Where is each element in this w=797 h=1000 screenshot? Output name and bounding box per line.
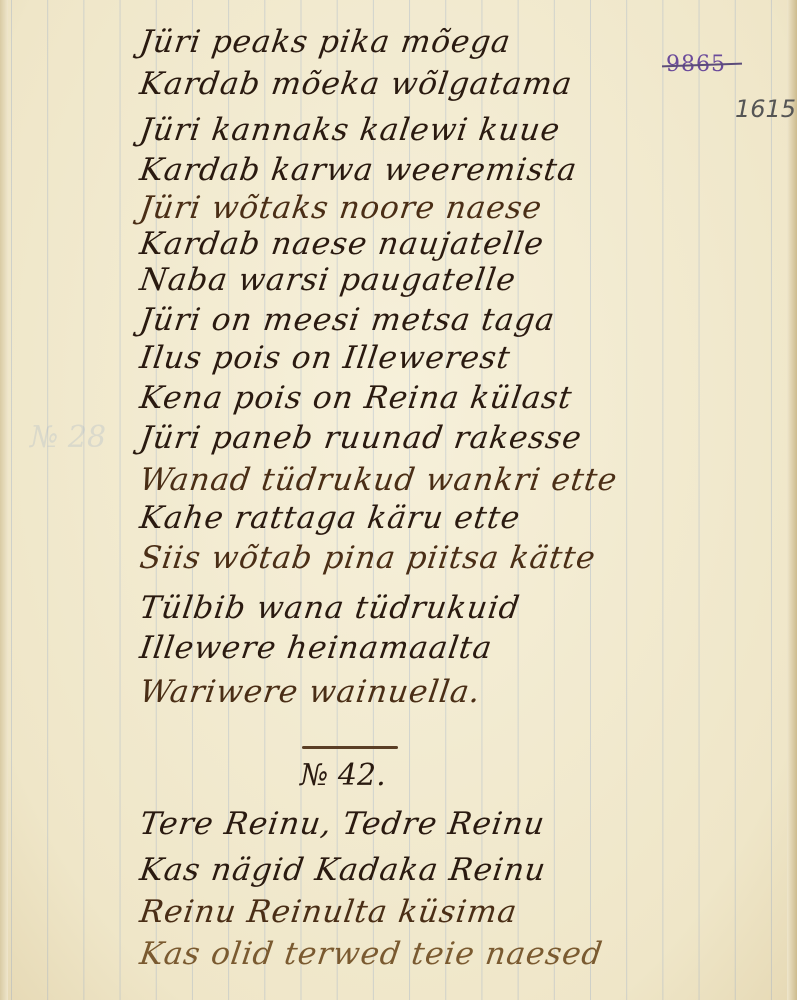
poem-line: Jüri on meesi metsa taga — [137, 302, 557, 338]
poem-line: Illewere heinamaalta — [137, 630, 494, 666]
page-left-edge — [0, 0, 8, 1000]
poem-line: Kardab naese naujatelle — [137, 226, 546, 262]
poem-line: Siis wõtab pina piitsa kätte — [137, 540, 598, 576]
poem-line: Kahe rattaga käru ette — [137, 500, 522, 536]
poem-line: Jüri kannaks kalewi kuue — [137, 112, 562, 148]
page-right-edge — [787, 0, 797, 1000]
section-heading: № 42. — [300, 758, 386, 793]
poem-line: Kardab karwa weeremista — [137, 152, 579, 188]
poem-line: Jüri wõtaks noore naese — [137, 190, 544, 226]
poem-line: Kas olid terwed teie naesed — [137, 936, 605, 972]
faint-margin-note: № 28 — [30, 420, 106, 455]
poem-line: Naba warsi paugatelle — [137, 262, 518, 298]
poem-line: Tülbib wana tüdrukuid — [137, 590, 522, 626]
manuscript-page: 9865 1615 № 28 Jüri peaks pika mõega Kar… — [0, 0, 797, 1000]
pencil-page-number: 1615 — [735, 95, 796, 123]
poem-line: Kas nägid Kadaka Reinu — [137, 852, 548, 888]
poem-line: Ilus pois on Illewerest — [137, 340, 512, 376]
poem-line: Reinu Reinulta küsima — [137, 894, 519, 930]
poem-line: Tere Reinu, Tedre Reinu — [137, 806, 547, 842]
poem-line: Kardab mõeka wõlgatama — [137, 66, 574, 102]
poem-line: Wariwere wainuella. — [137, 674, 483, 710]
poem-line: Jüri paneb ruunad rakesse — [137, 420, 584, 456]
poem-line: Kena pois on Reina külast — [137, 380, 574, 416]
poem-line: Wanad tüdrukud wankri ette — [137, 462, 619, 498]
section-divider — [302, 746, 398, 749]
poem-line: Jüri peaks pika mõega — [137, 24, 513, 60]
